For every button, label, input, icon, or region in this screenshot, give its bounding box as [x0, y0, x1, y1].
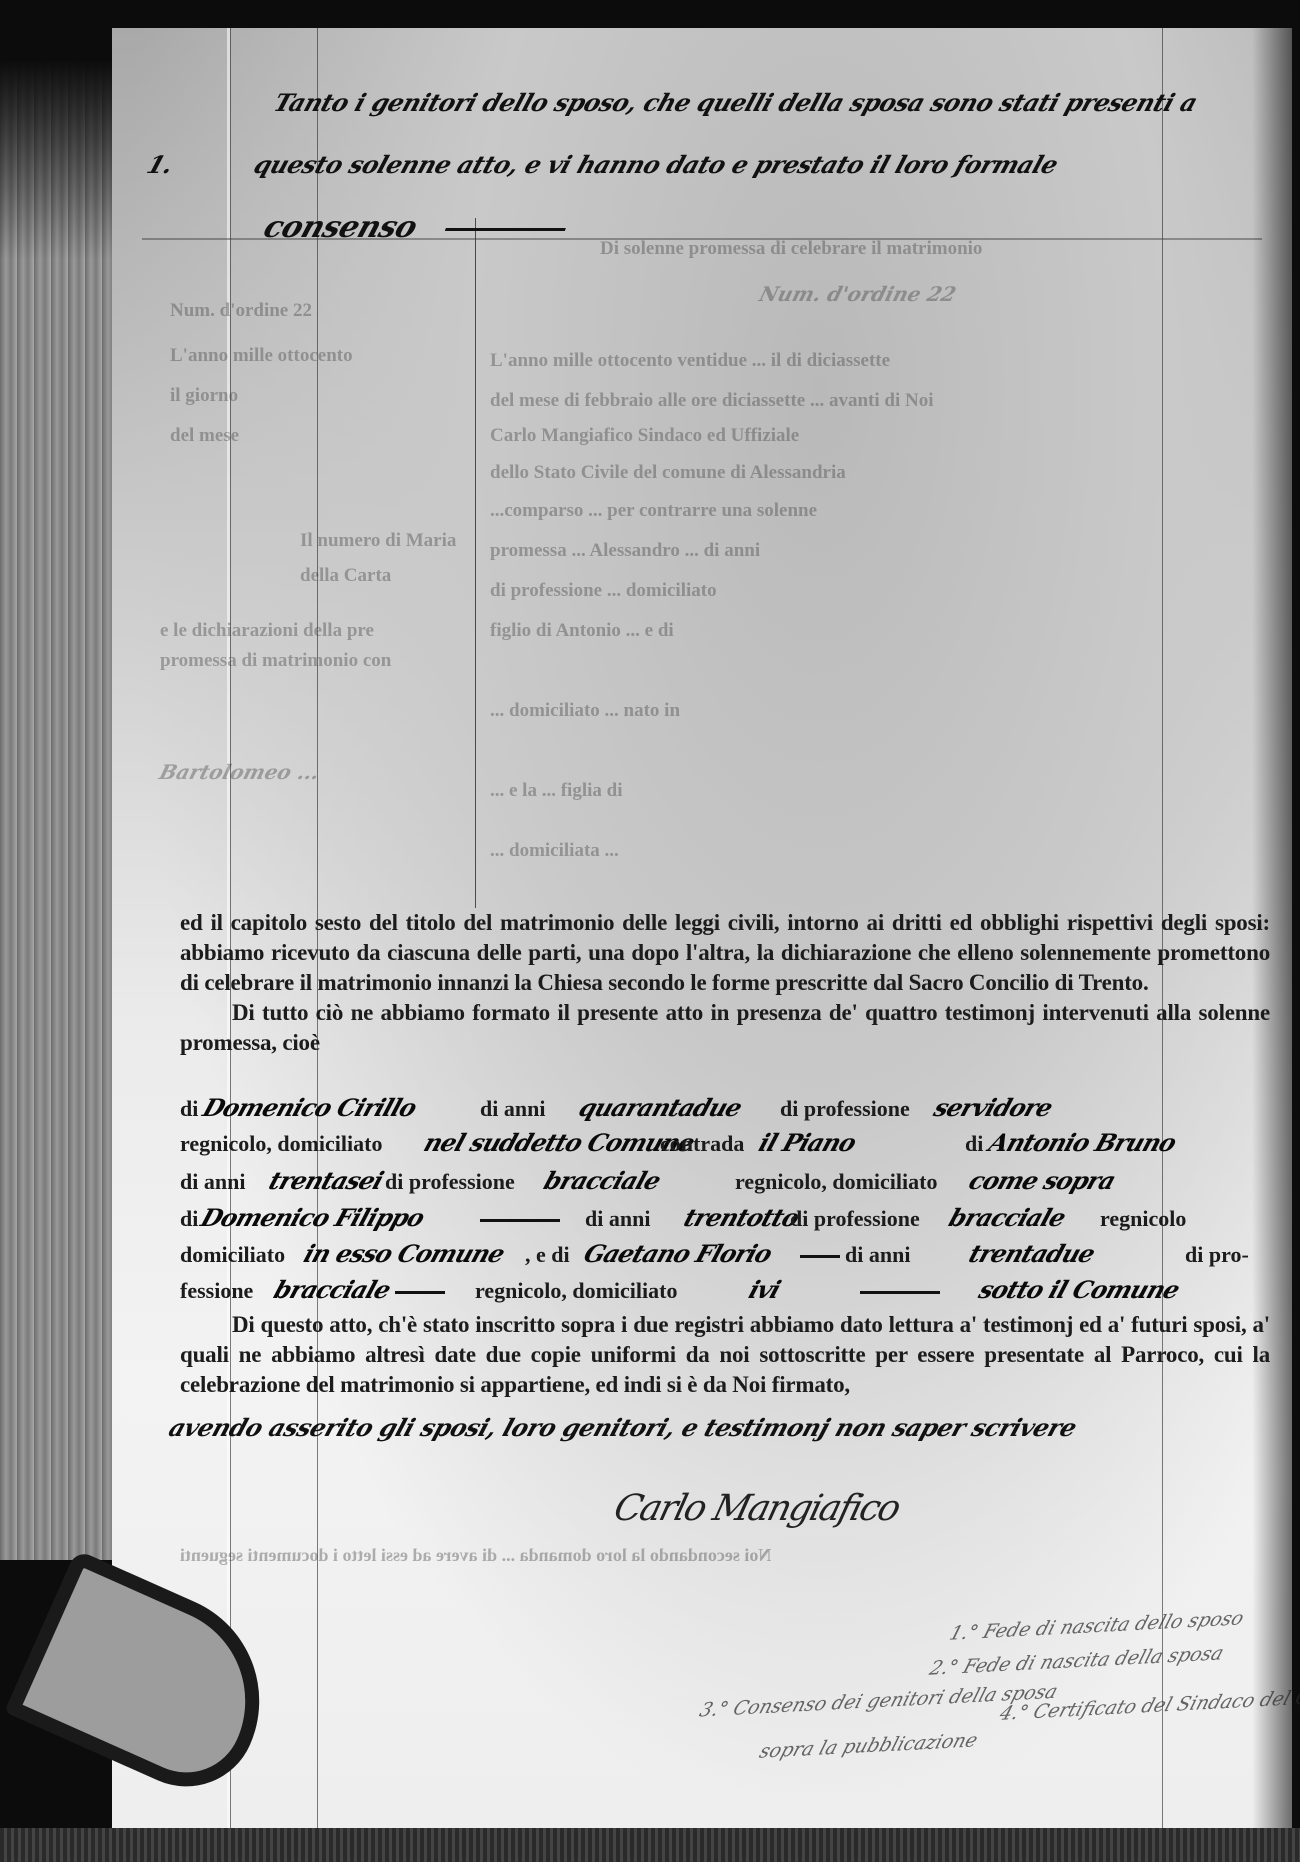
fill-dash	[480, 1219, 560, 1222]
faint-right-line: L'anno mille ottocento ventidue ... il d…	[490, 350, 890, 372]
witness-name: Gaetano Florio	[580, 1239, 775, 1268]
witness-row-3: di anni trentasei di professione braccia…	[180, 1163, 1275, 1199]
witness-extra: sotto il Comune	[975, 1275, 1183, 1304]
faint-left-line: del mese	[170, 425, 239, 447]
faint-left-line: Il numero di Maria	[300, 530, 456, 552]
printed-body: ed il capitolo sesto del titolo del matr…	[180, 908, 1270, 1058]
label: di professione	[780, 1096, 910, 1122]
faint-right-line: Carlo Mangiafico Sindaco ed Uffiziale	[490, 425, 799, 447]
fill-dash	[860, 1291, 940, 1294]
witness-age: trentadue	[965, 1239, 1098, 1268]
label: di	[965, 1131, 983, 1157]
witness-age: quarantadue	[575, 1093, 745, 1122]
form-column-divider	[475, 218, 476, 908]
witness-name: Antonio Bruno	[985, 1128, 1179, 1157]
faint-right-line: di professione ... domiciliato	[490, 580, 717, 602]
bleed-through-text: Noi secondando la loro domanda ... di av…	[180, 1545, 771, 1566]
label: , e di	[525, 1242, 570, 1268]
faint-right-line: ... domiciliata ...	[490, 840, 619, 862]
witness-domicile: nel suddetto Comune	[420, 1128, 698, 1157]
label: di professione	[385, 1169, 515, 1195]
label: contrada	[660, 1131, 744, 1157]
label: fessione	[180, 1278, 253, 1304]
closing-paragraph: Di questo atto, ch'è stato inscritto sop…	[180, 1310, 1270, 1400]
witness-row-4: di Domenico Filippo di anni trentotto di…	[180, 1200, 1275, 1236]
label: di	[180, 1206, 198, 1232]
witness-domicile: come sopra	[965, 1166, 1119, 1195]
witness-domicile: ivi	[745, 1275, 784, 1304]
label: regnicolo, domiciliato	[475, 1278, 677, 1304]
book-bottom-edge	[0, 1828, 1300, 1862]
label: domiciliato	[180, 1242, 285, 1268]
label: di pro-	[1185, 1242, 1249, 1268]
faint-right-line: ...comparso ... per contrarre una solenn…	[490, 500, 817, 522]
witness-domicile: in esso Comune	[300, 1239, 508, 1268]
witness-row-5: domiciliato in esso Comune , e di Gaetan…	[180, 1236, 1275, 1272]
body-paragraph-2: Di tutto ciò ne abbiamo formato il prese…	[180, 998, 1270, 1058]
book-page-edges	[0, 60, 112, 1560]
closing-printed: Di questo atto, ch'è stato inscritto sop…	[180, 1310, 1270, 1400]
faint-left-line: promessa di matrimonio con	[160, 650, 391, 672]
label: di	[180, 1096, 198, 1122]
faint-left-line: della Carta	[300, 565, 391, 587]
faint-left-line: il giorno	[170, 385, 238, 407]
witness-street: il Piano	[755, 1128, 859, 1157]
witness-row-6: fessione bracciale regnicolo, domiciliat…	[180, 1272, 1275, 1308]
faint-right-line: promessa ... Alessandro ... di anni	[490, 540, 760, 562]
fill-dash	[395, 1291, 445, 1294]
fill-dash	[445, 228, 566, 231]
witness-name: Domenico Filippo	[197, 1203, 427, 1232]
consent-word: consenso	[259, 210, 421, 245]
label: regnicolo, domiciliato	[735, 1169, 937, 1195]
witness-age: trentotto	[680, 1203, 802, 1232]
witness-profession: servidore	[930, 1093, 1056, 1122]
faint-left-line: e le dichiarazioni della pre	[160, 620, 374, 642]
witness-profession: bracciale	[540, 1166, 664, 1195]
fill-dash	[800, 1255, 840, 1258]
faint-left-line: Bartolomeo ...	[157, 760, 322, 784]
label: di anni	[585, 1206, 650, 1232]
header-handwriting-line-3: consenso	[259, 210, 571, 245]
witness-age: trentasei	[265, 1166, 386, 1195]
officer-signature: Carlo Mangiafico	[610, 1488, 903, 1529]
faint-left-line: L'anno mille ottocento	[170, 345, 353, 367]
faint-right-line: ... domiciliato ... nato in	[490, 700, 680, 722]
label: regnicolo	[1100, 1206, 1186, 1232]
witness-row-1: di Domenico Cirillo di anni quarantadue …	[180, 1090, 1275, 1126]
header-handwriting-line-2: questo solenne atto, e vi hanno dato e p…	[250, 150, 1061, 179]
label: di anni	[845, 1242, 910, 1268]
body-paragraph-1: ed il capitolo sesto del titolo del matr…	[180, 908, 1270, 998]
witness-name: Domenico Cirillo	[199, 1093, 420, 1122]
faint-right-line: dello Stato Civile del comune di Alessan…	[490, 462, 846, 484]
label: di anni	[480, 1096, 545, 1122]
faint-right-line: figlio di Antonio ... e di	[490, 620, 674, 642]
witness-row-2: regnicolo, domiciliato nel suddetto Comu…	[180, 1125, 1275, 1161]
label: regnicolo, domiciliato	[180, 1131, 382, 1157]
faint-right-line: ... e la ... figlia di	[490, 780, 622, 802]
faint-form-title: Di solenne promessa di celebrare il matr…	[600, 238, 982, 260]
closing-handwriting: avendo asserito gli sposi, loro genitori…	[165, 1413, 1080, 1442]
witness-profession: bracciale	[945, 1203, 1069, 1232]
header-handwriting-line-1: Tanto i genitori dello sposo, che quelli…	[270, 88, 1201, 117]
label: di anni	[180, 1169, 245, 1195]
faint-right-line: del mese di febbraio alle ore diciassett…	[490, 390, 933, 412]
label: di professione	[790, 1206, 920, 1232]
faint-order-number: Num. d'ordine 22	[757, 282, 959, 306]
faint-left-line: Num. d'ordine 22	[170, 300, 312, 322]
witness-profession: bracciale	[270, 1275, 394, 1304]
